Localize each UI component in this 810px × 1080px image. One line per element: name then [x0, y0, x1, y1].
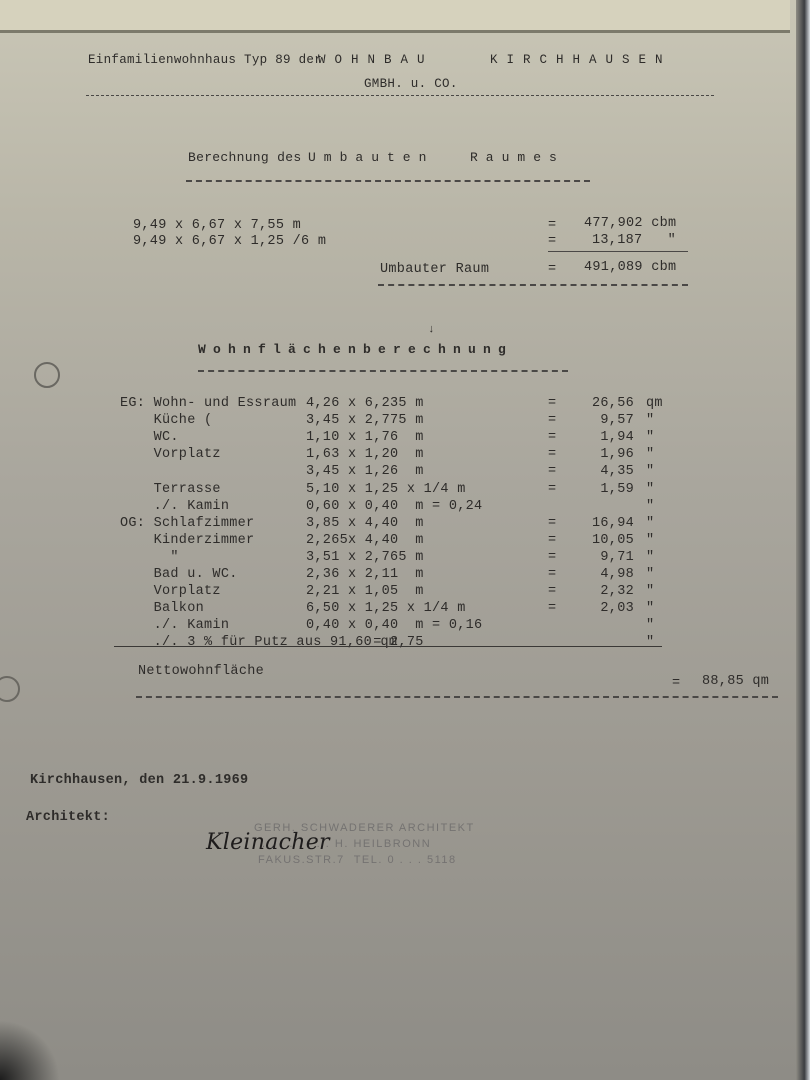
sheet-fold-edge	[0, 0, 790, 33]
area-row-value: 9,71	[590, 550, 634, 565]
area-row-eq: =	[548, 550, 556, 565]
area-row-eq: =	[548, 567, 556, 582]
area-row-value: 16,94	[590, 516, 634, 531]
architect-stamp-line3: FAKUS.STR.7 TEL. 0 . . . 5118	[258, 854, 457, 866]
stray-mark: ↓	[428, 324, 435, 336]
area-title-rule	[198, 370, 568, 372]
punch-hole-icon	[0, 676, 20, 702]
area-row-label: ./. Kamin	[120, 499, 229, 514]
area-row-unit: "	[646, 601, 654, 616]
volume-row-formula: 9,49 x 6,67 x 7,55 m	[133, 218, 301, 233]
volume-row-value: 13,187 "	[592, 233, 676, 248]
net-area-value: 88,85 qm	[702, 674, 769, 689]
header-company-b: KIRCHHAUSEN	[490, 53, 672, 67]
area-row-value: 26,56	[590, 396, 634, 411]
area-sum-underline	[114, 646, 662, 647]
area-row-unit: "	[646, 635, 654, 650]
volume-row-value: 477,902 cbm	[584, 216, 676, 231]
area-row-value: 9,57	[590, 413, 634, 428]
architect-signature: Kleinacher	[206, 830, 330, 855]
area-row-dimensions: 1,63 x 1,20 m	[306, 447, 424, 462]
area-row-unit: "	[646, 533, 654, 548]
area-row-dimensions: 1,10 x 1,76 m	[306, 430, 424, 445]
volume-title-b: Umbauten	[308, 150, 434, 165]
area-row-value: 10,05	[590, 533, 634, 548]
area-row-dimensions: 3,45 x 2,775 m	[306, 413, 424, 428]
volume-row-eq: =	[548, 218, 556, 233]
area-row-eq: =	[548, 430, 556, 445]
header-rule	[86, 95, 714, 96]
volume-sum-underline	[548, 251, 688, 252]
area-row-label: EG: Wohn- und Essraum	[120, 396, 296, 411]
area-row-eq: =	[548, 516, 556, 531]
area-row-dimensions: = 2,75	[306, 635, 424, 650]
volume-total-label: Umbauter Raum	[380, 262, 489, 277]
volume-title-rule	[186, 180, 590, 182]
volume-title-a: Berechnung des	[188, 150, 301, 165]
area-row-value: 1,59	[590, 482, 634, 497]
area-row-label: Vorplatz	[120, 447, 221, 462]
area-row-dimensions: 0,40 x 0,40 m = 0,16	[306, 618, 482, 633]
area-row-eq: =	[548, 533, 556, 548]
area-row-unit: "	[646, 464, 654, 479]
area-row-label: "	[120, 550, 179, 565]
area-row-eq: =	[548, 482, 556, 497]
volume-title-c: Raumes	[470, 150, 565, 165]
area-row-dimensions: 4,26 x 6,235 m	[306, 396, 424, 411]
architect-label: Architekt:	[26, 810, 110, 825]
area-row-eq: =	[548, 601, 556, 616]
header-line2: GMBH. u. CO.	[364, 77, 458, 91]
area-row-eq: =	[548, 396, 556, 411]
net-area-eq: =	[672, 676, 680, 691]
area-row-label: Bad u. WC.	[120, 567, 238, 582]
volume-total-eq: =	[548, 262, 556, 277]
area-row-value: 1,94	[590, 430, 634, 445]
area-row-dimensions: 6,50 x 1,25 x 1/4 m	[306, 601, 466, 616]
area-row-unit: "	[646, 567, 654, 582]
area-row-unit: "	[646, 618, 654, 633]
area-row-label: Kinderzimmer	[120, 533, 254, 548]
place-date: Kirchhausen, den 21.9.1969	[30, 773, 248, 788]
page-edge	[796, 0, 810, 1080]
area-row-dimensions: 2,21 x 1,05 m	[306, 584, 424, 599]
area-row-unit: "	[646, 584, 654, 599]
volume-row-formula: 9,49 x 6,67 x 1,25 /6 m	[133, 234, 326, 249]
area-row-dimensions: 3,45 x 1,26 m	[306, 464, 424, 479]
area-row-label: Vorplatz	[120, 584, 221, 599]
area-row-dimensions: 3,51 x 2,765 m	[306, 550, 424, 565]
net-area-rule	[136, 696, 778, 698]
area-row-label: Balkon	[120, 601, 204, 616]
punch-hole-icon	[34, 362, 60, 388]
area-row-value: 1,96	[590, 447, 634, 462]
area-row-value: 2,03	[590, 601, 634, 616]
area-row-unit: "	[646, 516, 654, 531]
area-row-value: 4,35	[590, 464, 634, 479]
area-row-value: 2,32	[590, 584, 634, 599]
area-row-label: WC.	[120, 430, 179, 445]
area-row-unit: "	[646, 447, 654, 462]
net-area-label: Nettowohnfläche	[138, 664, 264, 679]
volume-total-value: 491,089 cbm	[584, 260, 676, 275]
area-row-unit: "	[646, 499, 654, 514]
area-row-value: 4,98	[590, 567, 634, 582]
header-company-a: WOHNBAU	[318, 53, 434, 67]
area-row-label: OG: Schlafzimmer	[120, 516, 254, 531]
area-row-dimensions: 2,36 x 2,11 m	[306, 567, 424, 582]
header-line1-prefix: Einfamilienwohnhaus Typ 89 der	[88, 53, 322, 67]
area-row-dimensions: 0,60 x 0,40 m = 0,24	[306, 499, 482, 514]
area-row-unit: qm	[646, 396, 663, 411]
document-sheet: Einfamilienwohnhaus Typ 89 der WOHNBAU K…	[0, 0, 800, 1080]
area-row-label: Küche (	[120, 413, 212, 428]
area-row-eq: =	[548, 584, 556, 599]
area-row-dimensions: 2,265x 4,40 m	[306, 533, 424, 548]
volume-row-eq: =	[548, 234, 556, 249]
area-row-unit: "	[646, 430, 654, 445]
area-row-unit: "	[646, 482, 654, 497]
area-row-dimensions: 3,85 x 4,40 m	[306, 516, 424, 531]
area-row-eq: =	[548, 464, 556, 479]
volume-total-double-rule	[378, 284, 688, 286]
area-row-unit: "	[646, 413, 654, 428]
area-title: Wohnflächenberechnung	[198, 342, 513, 357]
shadow	[0, 1020, 60, 1080]
area-row-label: Terrasse	[120, 482, 221, 497]
area-row-eq: =	[548, 413, 556, 428]
area-row-eq: =	[548, 447, 556, 462]
area-row-label: ./. Kamin	[120, 618, 229, 633]
area-row-unit: "	[646, 550, 654, 565]
area-row-dimensions: 5,10 x 1,25 x 1/4 m	[306, 482, 466, 497]
